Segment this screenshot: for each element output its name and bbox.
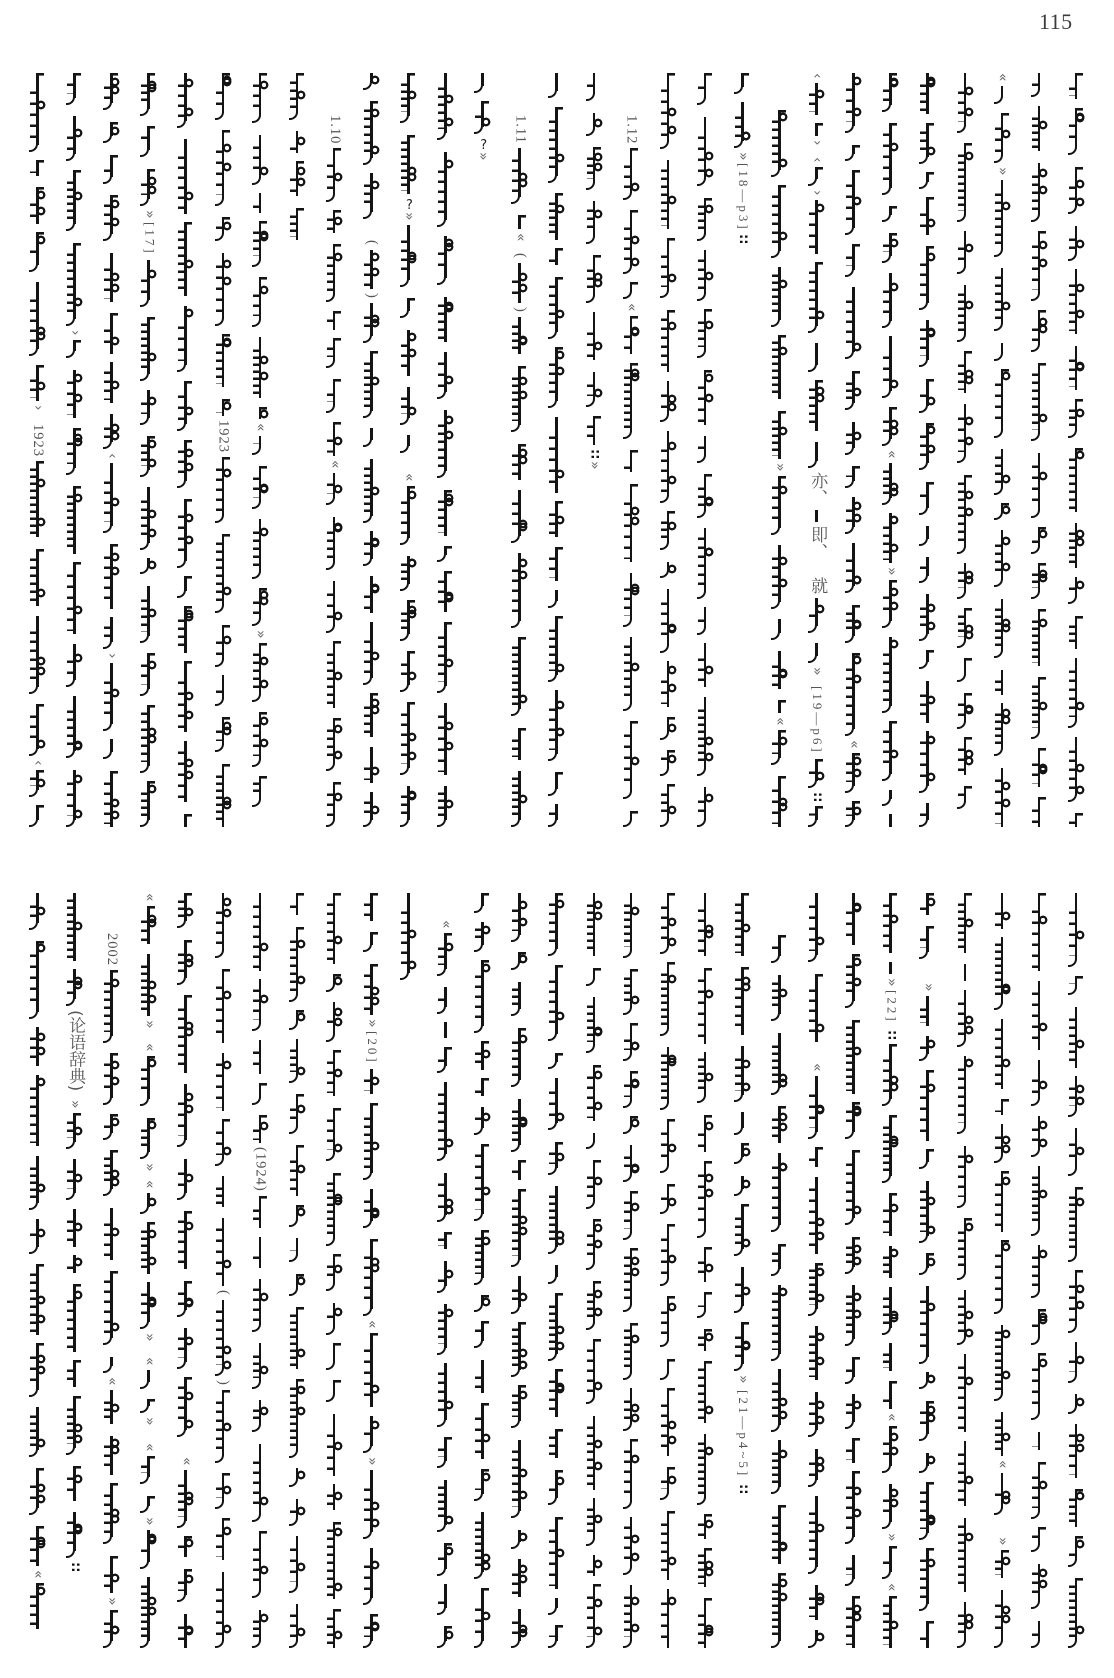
mongolian-word <box>63 1466 85 1501</box>
quote-bracket: 《 <box>137 893 161 902</box>
mongolian-word <box>1028 893 1050 971</box>
mongolian-word <box>620 1439 642 1509</box>
mongolian-word <box>100 1208 122 1260</box>
mongolian-word <box>434 1363 456 1427</box>
mongolian-word <box>657 1296 679 1347</box>
mongolian-word <box>174 1536 196 1557</box>
mongolian-word <box>1028 1116 1050 1157</box>
mongolian-word <box>137 1399 159 1413</box>
mongolian-word <box>879 962 901 974</box>
mongolian-word <box>731 893 753 956</box>
text-column <box>323 893 347 1648</box>
quote-bracket: 《 <box>100 1377 124 1386</box>
mongolian-word <box>1028 1353 1050 1420</box>
mongolian-word <box>731 1204 753 1256</box>
mongolian-word <box>212 1518 234 1560</box>
text-column <box>583 893 607 1648</box>
mongolian-word <box>434 1480 456 1532</box>
mongolian-word <box>1028 1432 1050 1450</box>
text-column <box>694 893 718 1648</box>
mongolian-word <box>323 893 345 964</box>
mongolian-word <box>954 1218 976 1280</box>
mongolian-word <box>434 1437 456 1468</box>
mongolian-word <box>63 1209 85 1247</box>
mongolian-word <box>434 1584 456 1615</box>
text-column <box>286 893 310 1648</box>
mongolian-word <box>991 1412 1013 1456</box>
mongolian-word <box>249 893 271 971</box>
mongolian-word <box>805 1147 827 1167</box>
mongolian-word <box>545 1293 567 1361</box>
mongolian-word <box>471 1403 493 1459</box>
mongolian-word <box>471 1512 493 1579</box>
mongolian-word <box>545 1369 567 1417</box>
mongolian-word <box>583 1160 605 1209</box>
mongolian-word <box>434 1626 456 1648</box>
mongolian-word <box>694 1361 716 1423</box>
mongolian-word <box>100 970 122 1043</box>
mongolian-word <box>694 1247 716 1282</box>
mongolian-word <box>991 1019 1013 1089</box>
mongolian-word <box>323 1254 345 1291</box>
mongolian-word <box>26 1526 48 1566</box>
mongolian-word <box>583 1281 605 1330</box>
mongolian-word <box>916 1181 938 1243</box>
mongolian-word <box>249 1040 271 1074</box>
citation-ref: [20] <box>360 1031 384 1065</box>
quote-bracket: 》 <box>916 983 940 992</box>
mongolian-word <box>323 1002 345 1042</box>
mongolian-word <box>1065 1394 1087 1414</box>
mongolian-word <box>100 1483 122 1544</box>
mongolian-word <box>434 1082 456 1161</box>
mongolian-word <box>805 1392 827 1437</box>
mongolian-word <box>954 1518 976 1592</box>
mongolian-word <box>805 1263 827 1316</box>
mongolian-word <box>916 893 938 915</box>
mongolian-word <box>694 1598 716 1648</box>
mongolian-word <box>657 1388 679 1456</box>
mongolian-word <box>286 1238 308 1262</box>
mongolian-word <box>174 1211 196 1269</box>
mongolian-word <box>471 960 493 1033</box>
mongolian-word <box>879 1115 901 1183</box>
mongolian-word <box>879 1287 901 1335</box>
mongolian-word <box>916 1286 938 1364</box>
text-column <box>508 893 532 1648</box>
quote-bracket: 》 <box>991 1537 1015 1546</box>
mongolian-word <box>212 1473 234 1509</box>
mongolian-word <box>26 893 48 930</box>
mongolian-word <box>657 962 679 1036</box>
mongolian-word <box>508 1322 530 1377</box>
mongolian-word <box>137 1282 159 1329</box>
mongolian-word <box>620 1388 642 1431</box>
mongolian-word <box>620 1323 642 1380</box>
mongolian-word <box>620 893 642 958</box>
mongolian-word <box>26 941 48 1019</box>
mongolian-word <box>694 1329 716 1351</box>
mongolian-word <box>323 1414 345 1476</box>
mongolian-word <box>657 1184 679 1214</box>
mongolian-word <box>249 1343 271 1389</box>
mongolian-word <box>620 1071 642 1108</box>
mongolian-word <box>731 1143 753 1164</box>
mongolian-word <box>1065 1076 1087 1117</box>
mongolian-word <box>583 1498 605 1546</box>
mongolian-word <box>323 1108 345 1161</box>
mongolian-word <box>545 1142 567 1175</box>
mongolian-word <box>545 965 567 1041</box>
mongolian-word <box>583 893 605 956</box>
mongolian-word <box>991 1590 1013 1648</box>
mongolian-word <box>434 1232 456 1249</box>
text-column: 》[20]《》 <box>360 893 384 1648</box>
text-column: 》[22]::《》《 <box>879 893 903 1648</box>
mongolian-word <box>768 935 790 963</box>
mongolian-word <box>286 1010 308 1030</box>
mongolian-word <box>805 1496 827 1574</box>
mongolian-word <box>100 1556 122 1593</box>
mongolian-word <box>434 1261 456 1293</box>
text-column <box>620 893 644 1648</box>
mongolian-word <box>768 1369 790 1432</box>
quote-bracket: 》 <box>137 1517 161 1526</box>
mongolian-word <box>508 893 530 942</box>
mongolian-word <box>174 1084 196 1147</box>
mongolian-word <box>954 1354 976 1432</box>
mongolian-word <box>174 1328 196 1369</box>
mongolian-word <box>1065 1489 1087 1527</box>
mongolian-word <box>842 1438 864 1463</box>
mongolian-word <box>805 1326 827 1380</box>
mongolian-word <box>508 1028 530 1087</box>
mongolian-word <box>471 1295 493 1312</box>
mongolian-word <box>1028 1462 1050 1519</box>
quote-bracket: 》 <box>137 1020 161 1029</box>
mongolian-word <box>657 893 679 954</box>
mongolian-word <box>360 1239 382 1316</box>
mongolian-word <box>879 1044 901 1106</box>
mongolian-word <box>694 1292 716 1318</box>
quote-bracket: 》 <box>63 1100 87 1109</box>
mongolian-word <box>360 893 382 921</box>
mongolian-word <box>1065 1187 1087 1262</box>
text-column <box>1065 893 1089 1648</box>
mongolian-word <box>805 1630 827 1648</box>
mongolian-word <box>471 1144 493 1221</box>
quote-bracket: 》 <box>360 1019 384 1028</box>
mongolian-word <box>583 1065 605 1121</box>
mongolian-word <box>249 1196 271 1228</box>
mongolian-word <box>323 1380 345 1402</box>
mongolian-word <box>26 1583 48 1629</box>
mongolian-word <box>471 1360 493 1393</box>
mongolian-word <box>63 1113 85 1149</box>
mongolian-word <box>212 1053 234 1111</box>
mongolian-word <box>620 1191 642 1240</box>
mongolian-word <box>805 1585 827 1620</box>
text-column <box>842 893 866 1648</box>
mongolian-word <box>916 926 938 959</box>
mongolian-word <box>434 933 456 976</box>
mongolian-word <box>991 893 1013 929</box>
mongolian-word <box>174 1614 196 1648</box>
mongolian-word <box>63 1360 85 1387</box>
mongolian-word <box>1028 1527 1050 1552</box>
mongolian-word <box>620 1585 642 1648</box>
mongolian-word <box>137 1530 159 1569</box>
text-column: 《 <box>174 893 198 1648</box>
mongolian-word <box>212 1176 234 1207</box>
text-column <box>954 893 978 1648</box>
mongolian-word <box>174 1159 196 1200</box>
mongolian-word <box>360 1069 382 1094</box>
mongolian-word <box>286 1307 308 1369</box>
quote-bracket: 《 <box>137 1180 161 1189</box>
mongolian-word <box>63 1255 85 1273</box>
mongolian-word <box>991 1325 1013 1401</box>
mongolian-word <box>471 1321 493 1348</box>
mongolian-word <box>842 1285 864 1346</box>
mongolian-word <box>471 1588 493 1648</box>
mongolian-word <box>991 937 1013 1010</box>
mongolian-word <box>879 1343 901 1371</box>
mongolian-full-stop: :: <box>879 1030 903 1040</box>
mongolian-word <box>137 1193 159 1214</box>
text-column: 《 <box>434 920 458 1648</box>
mongolian-word <box>26 1027 48 1066</box>
mongolian-word <box>620 1248 642 1312</box>
mongolian-word <box>249 1610 271 1648</box>
mongolian-word <box>583 1555 605 1576</box>
mongolian-word <box>249 1444 271 1522</box>
mongolian-word <box>434 1173 456 1222</box>
mongolian-word <box>620 1145 642 1182</box>
bottom-text-block: 《(论语辞典)》::2002《》《》《》《》《》《》《()(1924)》[20]… <box>0 0 1114 1678</box>
mongolian-word <box>657 1224 679 1286</box>
mongolian-word <box>916 1453 938 1473</box>
mongolian-word <box>397 893 419 980</box>
mongolian-word <box>434 1304 456 1355</box>
mongolian-word <box>212 1300 234 1376</box>
mongolian-word <box>1028 981 1050 1050</box>
mongolian-word <box>286 1094 308 1134</box>
mongolian-word <box>805 1177 827 1254</box>
mongolian-word <box>471 1041 493 1070</box>
mongolian-word <box>805 974 827 1042</box>
text-column <box>657 893 681 1648</box>
year: (1924) <box>249 1147 273 1192</box>
mongolian-word <box>731 1322 753 1371</box>
mongolian-word <box>212 1119 234 1166</box>
mongolian-word <box>100 1610 122 1648</box>
mongolian-word <box>879 1381 901 1409</box>
mongolian-word <box>991 1171 1013 1232</box>
mongolian-word <box>620 1517 642 1575</box>
mongolian-word <box>508 982 530 1016</box>
mongolian-word <box>508 1385 530 1428</box>
mongolian-word <box>954 1290 976 1345</box>
mongolian-word <box>508 1440 530 1518</box>
mongolian-word <box>63 893 85 961</box>
mongolian-word <box>137 1496 159 1513</box>
mongolian-word <box>434 1047 456 1073</box>
mongolian-word <box>731 967 753 1035</box>
mongolian-word <box>620 1023 642 1061</box>
quote-bracket: 《 <box>879 1583 903 1592</box>
text-column <box>397 893 421 980</box>
mongolian-word <box>657 1511 679 1580</box>
mongolian-word <box>100 1390 122 1424</box>
parenthesis: ) <box>212 1380 236 1386</box>
mongolian-word <box>174 995 196 1073</box>
mongolian-word <box>731 1176 753 1196</box>
mongolian-word <box>249 1237 271 1268</box>
mongolian-word <box>286 1536 308 1593</box>
mongolian-word <box>63 1396 85 1455</box>
quote-bracket: 《 <box>805 1063 829 1072</box>
mongolian-word <box>1065 1270 1087 1333</box>
mongolian-word <box>954 990 976 1047</box>
mongolian-word <box>916 1482 938 1540</box>
mongolian-word <box>916 1036 938 1061</box>
quote-bracket: 《 <box>137 1357 161 1366</box>
mongolian-word <box>768 1244 790 1276</box>
mongolian-word <box>471 1107 493 1135</box>
mongolian-word <box>249 1400 271 1432</box>
citation-ref: [21—p4~5] <box>731 1390 755 1478</box>
mongolian-word <box>249 1531 271 1598</box>
mongolian-word <box>286 1499 308 1526</box>
mongolian-word <box>657 1359 679 1380</box>
mongolian-word <box>63 969 85 1006</box>
mongolian-word <box>471 922 493 952</box>
mongolian-word <box>323 974 345 992</box>
mongolian-word <box>100 1150 122 1196</box>
mongolian-word <box>26 1219 48 1254</box>
year: 2002 <box>100 933 124 966</box>
mongolian-word <box>360 1614 382 1648</box>
mongolian-word <box>249 1083 271 1105</box>
mongolian-word <box>768 975 790 1021</box>
mongolian-word <box>137 1056 159 1106</box>
mongolian-word <box>916 996 938 1026</box>
mongolian-word <box>545 1053 567 1069</box>
mongolian-word <box>954 1602 976 1648</box>
mongolian-word <box>249 1279 271 1332</box>
mongolian-word <box>954 964 976 981</box>
mongolian-word <box>174 893 196 928</box>
mongolian-word <box>508 952 530 970</box>
mongolian-full-stop: :: <box>731 1484 755 1494</box>
quote-bracket: 》 <box>731 1375 755 1384</box>
mongolian-word <box>954 1056 976 1134</box>
chinese-text: (论语辞典) <box>63 1010 87 1091</box>
text-column: 《 <box>26 893 50 1648</box>
mongolian-word <box>1065 976 1087 995</box>
mongolian-word <box>360 964 382 1015</box>
mongolian-word <box>1065 893 1087 967</box>
mongolian-word <box>471 1230 493 1285</box>
mongolian-word <box>916 1253 938 1275</box>
mongolian-word <box>545 1265 567 1284</box>
text-column: 》[21—p4~5]:: <box>731 893 755 1496</box>
mongolian-word <box>360 1548 382 1605</box>
mongolian-word <box>137 1456 159 1484</box>
mongolian-word <box>100 1436 122 1475</box>
quote-bracket: 《 <box>879 1413 903 1422</box>
mongolian-word <box>1028 1060 1050 1106</box>
mongolian-word <box>545 1186 567 1254</box>
mongolian-word <box>63 1512 85 1558</box>
mongolian-word <box>286 1468 308 1487</box>
mongolian-full-stop: :: <box>63 1562 87 1572</box>
quote-bracket: 》 <box>137 1417 161 1426</box>
mongolian-word <box>842 1150 864 1225</box>
mongolian-word <box>323 1173 345 1246</box>
mongolian-word <box>26 1468 48 1515</box>
mongolian-word <box>879 1193 901 1236</box>
mongolian-word <box>137 1118 159 1159</box>
mongolian-word <box>991 1124 1013 1163</box>
mongolian-word <box>137 1577 159 1648</box>
quote-bracket: 《 <box>991 1460 1015 1469</box>
mongolian-word <box>842 1471 864 1544</box>
mongolian-word <box>174 1377 196 1437</box>
mongolian-word <box>286 1039 308 1083</box>
mongolian-word <box>991 1240 1013 1314</box>
mongolian-word <box>657 1589 679 1648</box>
mongolian-word <box>916 1621 938 1648</box>
mongolian-word <box>212 893 234 958</box>
mongolian-word <box>286 893 308 915</box>
mongolian-word <box>954 1441 976 1506</box>
mongolian-word <box>63 1159 85 1200</box>
mongolian-word <box>879 1546 901 1579</box>
quote-bracket: 《 <box>434 920 458 929</box>
mongolian-word <box>434 1543 456 1576</box>
text-column: 《》《》《》《》《》 <box>137 893 161 1648</box>
text-column <box>768 935 792 1648</box>
citation-ref: [22] <box>879 990 903 1024</box>
mongolian-word <box>508 1160 530 1180</box>
mongolian-word <box>583 1133 605 1149</box>
mongolian-word <box>731 1267 753 1313</box>
text-column: 》 <box>916 893 940 1648</box>
mongolian-word <box>694 893 716 956</box>
mongolian-word <box>174 1569 196 1602</box>
mongolian-word <box>657 1119 679 1173</box>
text-column: () <box>212 893 236 1648</box>
mongolian-word <box>323 1522 345 1599</box>
mongolian-word <box>916 1372 938 1389</box>
mongolian-word <box>286 1379 308 1458</box>
mongolian-word <box>471 893 493 913</box>
mongolian-word <box>360 1470 382 1539</box>
text-column: (论语辞典)》:: <box>63 893 87 1574</box>
mongolian-word <box>286 1205 308 1227</box>
quote-bracket: 《 <box>137 1043 161 1052</box>
quote-bracket: 》 <box>879 1533 903 1542</box>
mongolian-word <box>174 940 196 985</box>
mongolian-word <box>731 1112 753 1135</box>
quote-bracket: 《 <box>174 1457 198 1466</box>
mongolian-word <box>916 1401 938 1441</box>
text-column: 《 <box>805 893 829 1648</box>
mongolian-word <box>26 1075 48 1146</box>
quote-bracket: 》 <box>137 1163 161 1172</box>
